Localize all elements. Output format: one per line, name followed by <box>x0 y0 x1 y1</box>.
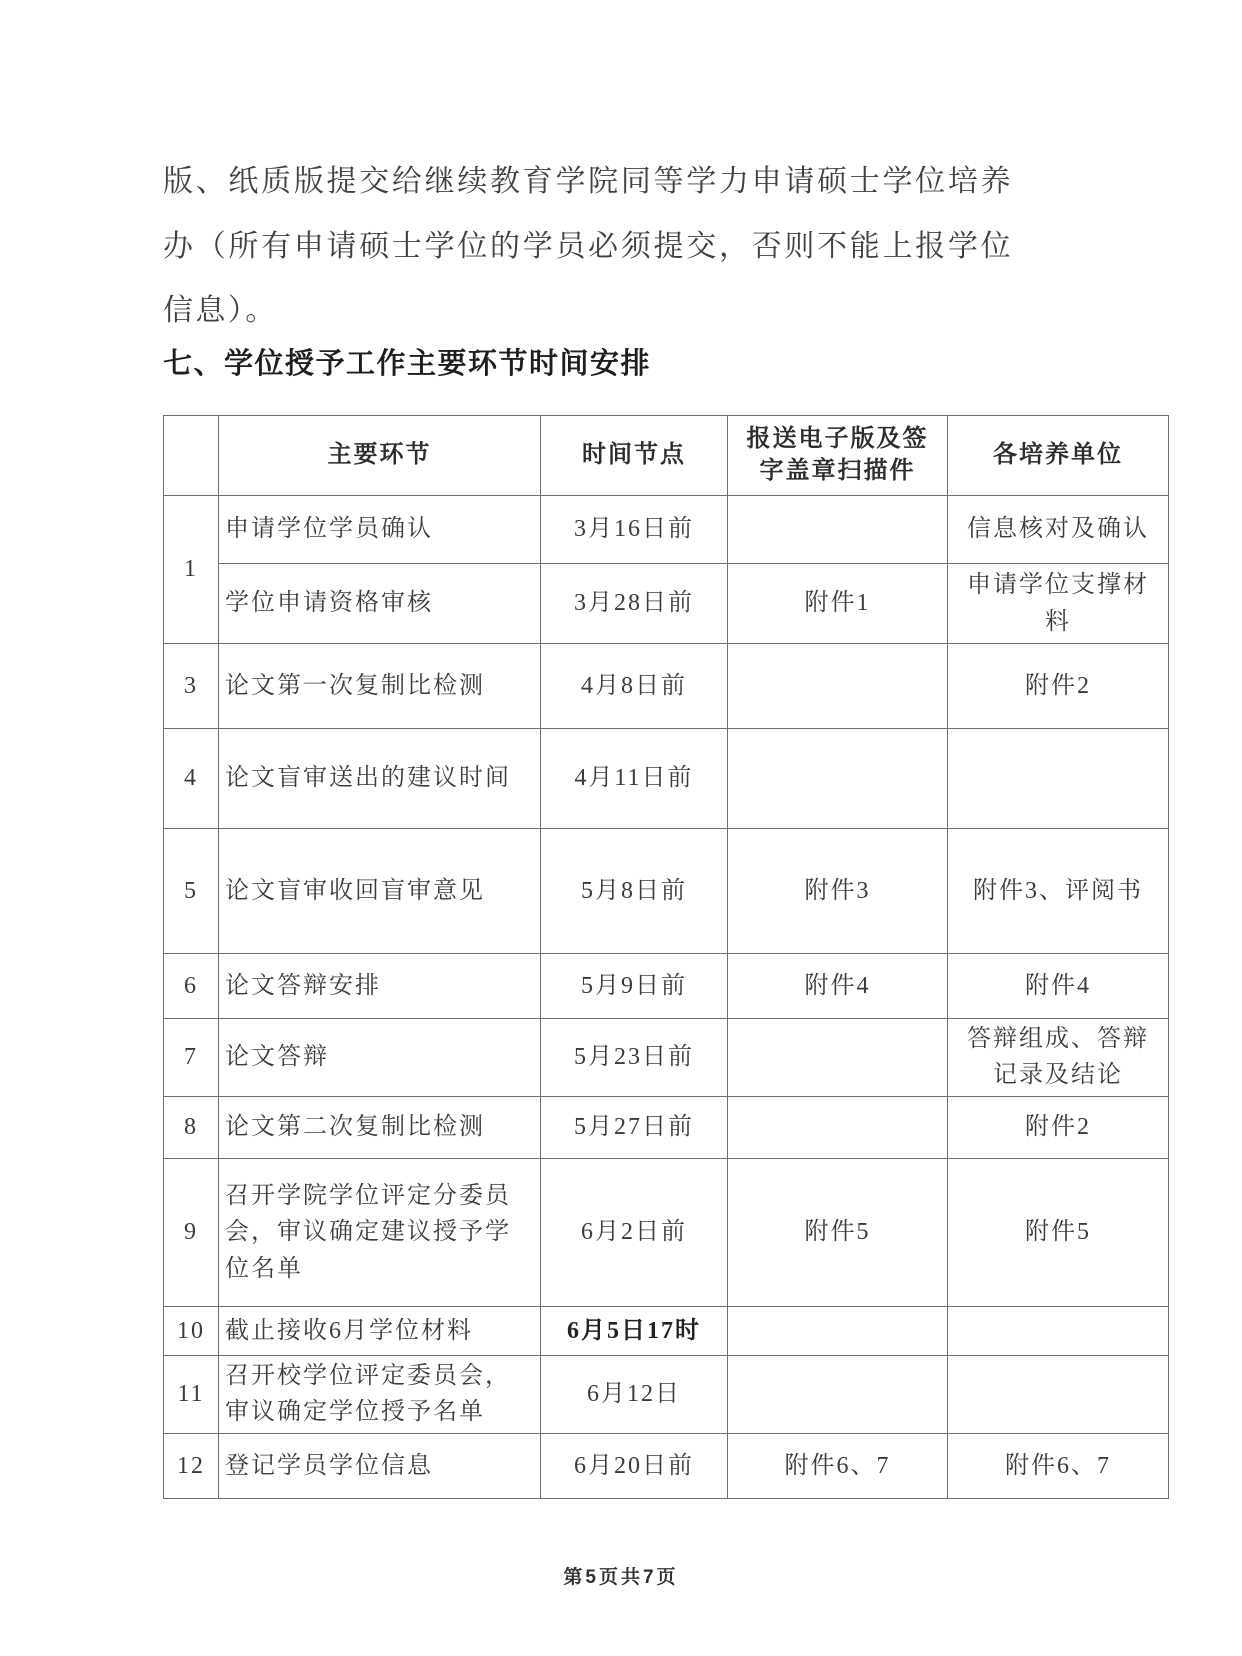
row-number-cell: 11 <box>164 1355 219 1433</box>
unit-cell: 附件6、7 <box>948 1433 1169 1498</box>
scan-cell <box>728 1355 948 1433</box>
time-cell: 4月8日前 <box>541 644 728 729</box>
time-cell: 5月23日前 <box>541 1019 728 1097</box>
scan-cell: 附件6、7 <box>728 1433 948 1498</box>
unit-cell: 答辩组成、答辩记录及结论 <box>948 1019 1169 1097</box>
header-cell-unit: 各培养单位 <box>948 416 1169 496</box>
row-number-cell: 10 <box>164 1306 219 1355</box>
row-number-cell: 4 <box>164 729 219 829</box>
unit-cell <box>948 729 1169 829</box>
scan-cell: 附件5 <box>728 1158 948 1306</box>
scan-cell <box>728 1019 948 1097</box>
time-cell: 4月11日前 <box>541 729 728 829</box>
header-cell-step: 主要环节 <box>219 416 541 496</box>
unit-cell: 附件2 <box>948 644 1169 729</box>
unit-cell: 申请学位支撑材料 <box>948 564 1169 644</box>
step-cell: 论文答辩 <box>219 1019 541 1097</box>
row-number-cell: 8 <box>164 1096 219 1158</box>
table-row: 10截止接收6月学位材料6月5日17时 <box>164 1306 1169 1355</box>
table-row: 3论文第一次复制比检测4月8日前附件2 <box>164 644 1169 729</box>
table-row: 学位申请资格审核3月28日前附件1申请学位支撑材料 <box>164 564 1169 644</box>
row-number-cell: 9 <box>164 1158 219 1306</box>
unit-cell: 附件2 <box>948 1096 1169 1158</box>
header-cell-scan: 报送电子版及签字盖章扫描件 <box>728 416 948 496</box>
table-row: 1申请学位学员确认3月16日前信息核对及确认 <box>164 496 1169 564</box>
step-cell: 论文盲审送出的建议时间 <box>219 729 541 829</box>
scan-cell <box>728 1306 948 1355</box>
table-row: 9召开学院学位评定分委员会，审议确定建议授予学位名单6月2日前附件5附件5 <box>164 1158 1169 1306</box>
row-number-cell: 3 <box>164 644 219 729</box>
step-cell: 论文盲审收回盲审意见 <box>219 829 541 954</box>
time-cell: 6月5日17时 <box>541 1306 728 1355</box>
step-cell: 登记学员学位信息 <box>219 1433 541 1498</box>
time-cell: 6月12日 <box>541 1355 728 1433</box>
time-cell: 6月20日前 <box>541 1433 728 1498</box>
unit-cell <box>948 1355 1169 1433</box>
step-cell: 申请学位学员确认 <box>219 496 541 564</box>
row-number-cell: 6 <box>164 954 219 1019</box>
row-number-cell: 7 <box>164 1019 219 1097</box>
unit-cell: 附件5 <box>948 1158 1169 1306</box>
step-cell: 论文第二次复制比检测 <box>219 1096 541 1158</box>
scan-cell: 附件1 <box>728 564 948 644</box>
document-page: 版、纸质版提交给继续教育学院同等学力申请硕士学位培养办（所有申请硕士学位的学员必… <box>0 0 1242 1656</box>
step-cell: 召开学院学位评定分委员会，审议确定建议授予学位名单 <box>219 1158 541 1306</box>
header-cell-number <box>164 416 219 496</box>
time-cell: 5月9日前 <box>541 954 728 1019</box>
scan-cell <box>728 1096 948 1158</box>
step-cell: 召开校学位评定委员会，审议确定学位授予名单 <box>219 1355 541 1433</box>
table-row: 4论文盲审送出的建议时间4月11日前 <box>164 729 1169 829</box>
step-cell: 截止接收6月学位材料 <box>219 1306 541 1355</box>
unit-cell: 附件3、评阅书 <box>948 829 1169 954</box>
unit-cell <box>948 1306 1169 1355</box>
page-number-footer: 第5页共7页 <box>0 1562 1242 1589</box>
table-row: 6论文答辩安排5月9日前附件4附件4 <box>164 954 1169 1019</box>
degree-timeline-table: 主要环节 时间节点 报送电子版及签字盖章扫描件 各培养单位 1申请学位学员确认3… <box>163 415 1169 1499</box>
scan-cell <box>728 644 948 729</box>
table-row: 5论文盲审收回盲审意见5月8日前附件3附件3、评阅书 <box>164 829 1169 954</box>
table-row: 11召开校学位评定委员会，审议确定学位授予名单6月12日 <box>164 1355 1169 1433</box>
unit-cell: 附件4 <box>948 954 1169 1019</box>
section-heading: 七、学位授予工作主要环节时间安排 <box>163 341 651 382</box>
table-body: 1申请学位学员确认3月16日前信息核对及确认学位申请资格审核3月28日前附件1申… <box>164 496 1169 1499</box>
table-header: 主要环节 时间节点 报送电子版及签字盖章扫描件 各培养单位 <box>164 416 1169 496</box>
unit-cell: 信息核对及确认 <box>948 496 1169 564</box>
time-cell: 3月16日前 <box>541 496 728 564</box>
row-number-cell: 12 <box>164 1433 219 1498</box>
step-cell: 论文答辩安排 <box>219 954 541 1019</box>
time-cell: 5月8日前 <box>541 829 728 954</box>
time-cell: 3月28日前 <box>541 564 728 644</box>
table-row: 8论文第二次复制比检测5月27日前附件2 <box>164 1096 1169 1158</box>
scan-cell: 附件4 <box>728 954 948 1019</box>
body-paragraph: 版、纸质版提交给继续教育学院同等学力申请硕士学位培养办（所有申请硕士学位的学员必… <box>163 150 1013 344</box>
time-cell: 6月2日前 <box>541 1158 728 1306</box>
table-header-row: 主要环节 时间节点 报送电子版及签字盖章扫描件 各培养单位 <box>164 416 1169 496</box>
table-row: 12登记学员学位信息6月20日前附件6、7附件6、7 <box>164 1433 1169 1498</box>
scan-cell <box>728 729 948 829</box>
time-cell: 5月27日前 <box>541 1096 728 1158</box>
scan-cell <box>728 496 948 564</box>
step-cell: 学位申请资格审核 <box>219 564 541 644</box>
row-number-cell: 1 <box>164 496 219 644</box>
step-cell: 论文第一次复制比检测 <box>219 644 541 729</box>
header-cell-time: 时间节点 <box>541 416 728 496</box>
table-row: 7论文答辩5月23日前答辩组成、答辩记录及结论 <box>164 1019 1169 1097</box>
row-number-cell: 5 <box>164 829 219 954</box>
scan-cell: 附件3 <box>728 829 948 954</box>
